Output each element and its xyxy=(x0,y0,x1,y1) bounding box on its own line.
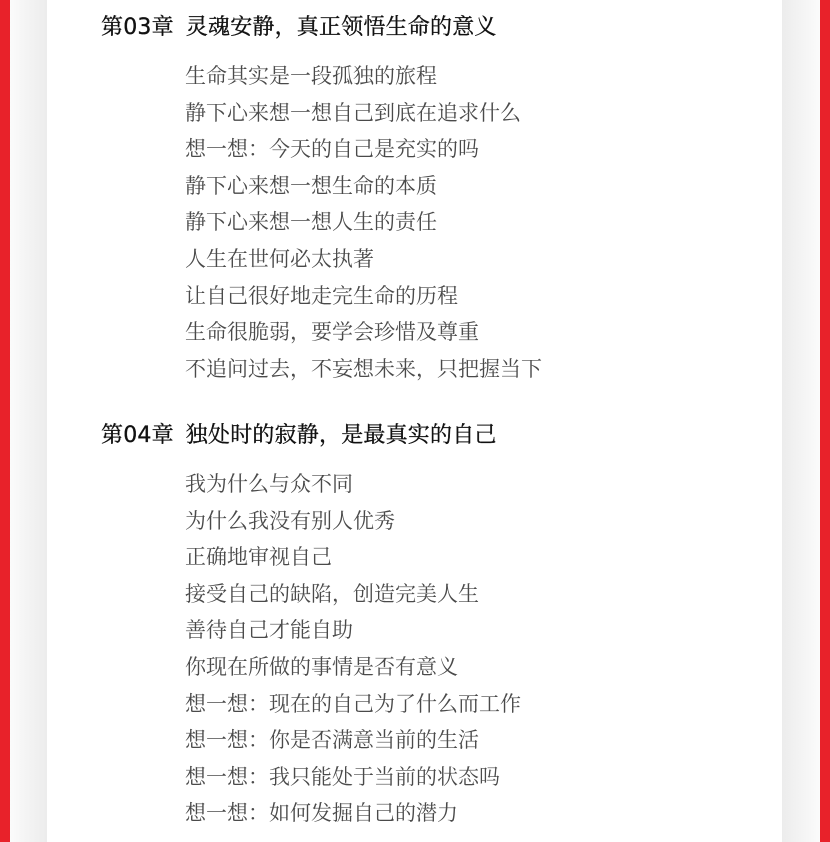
left-red-border xyxy=(0,0,10,842)
chapter-title: 灵魂安静，真正领悟生命的意义 xyxy=(186,15,497,40)
section-item[interactable]: 想一想：现在的自己为了什么而工作 xyxy=(185,686,521,723)
section-item[interactable]: 想一想：今天的自己是充实的吗 xyxy=(185,131,542,168)
section-item[interactable]: 为什么我没有别人优秀 xyxy=(185,503,521,540)
chapter-title: 独处时的寂静，是最真实的自己 xyxy=(186,423,497,448)
chapter-04: 第04章独处时的寂静，是最真实的自己 我为什么与众不同 为什么我没有别人优秀 正… xyxy=(101,421,521,832)
right-shadow xyxy=(782,0,820,842)
chapter-number: 第04章 xyxy=(101,423,174,448)
section-item[interactable]: 想一想：我只能处于当前的状态吗 xyxy=(185,759,521,796)
section-item[interactable]: 想一想：你是否满意当前的生活 xyxy=(185,722,521,759)
toc-page: 第03章灵魂安静，真正领悟生命的意义 生命其实是一段孤独的旅程 静下心来想一想自… xyxy=(47,0,782,842)
section-item[interactable]: 接受自己的缺陷，创造完美人生 xyxy=(185,576,521,613)
chapter-number: 第03章 xyxy=(101,15,174,40)
section-item[interactable]: 静下心来想一想生命的本质 xyxy=(185,168,542,205)
section-item[interactable]: 人生在世何必太执著 xyxy=(185,241,542,278)
chapter-heading[interactable]: 第03章灵魂安静，真正领悟生命的意义 xyxy=(101,13,542,43)
chapter-03: 第03章灵魂安静，真正领悟生命的意义 生命其实是一段孤独的旅程 静下心来想一想自… xyxy=(101,13,542,387)
section-item[interactable]: 生命很脆弱，要学会珍惜及尊重 xyxy=(185,314,542,351)
section-item[interactable]: 生命其实是一段孤独的旅程 xyxy=(185,58,542,95)
section-item[interactable]: 想一想：如何发掘自己的潜力 xyxy=(185,795,521,832)
section-list: 生命其实是一段孤独的旅程 静下心来想一想自己到底在追求什么 想一想：今天的自己是… xyxy=(101,58,542,387)
section-item[interactable]: 让自己很好地走完生命的历程 xyxy=(185,278,542,315)
section-item[interactable]: 不追问过去，不妄想未来，只把握当下 xyxy=(185,351,542,388)
right-red-border xyxy=(820,0,830,842)
section-item[interactable]: 静下心来想一想人生的责任 xyxy=(185,204,542,241)
section-item[interactable]: 善待自己才能自助 xyxy=(185,612,521,649)
section-item[interactable]: 正确地审视自己 xyxy=(185,539,521,576)
section-item[interactable]: 你现在所做的事情是否有意义 xyxy=(185,649,521,686)
left-shadow xyxy=(10,0,47,842)
section-list: 我为什么与众不同 为什么我没有别人优秀 正确地审视自己 接受自己的缺陷，创造完美… xyxy=(101,466,521,832)
section-item[interactable]: 我为什么与众不同 xyxy=(185,466,521,503)
section-item[interactable]: 静下心来想一想自己到底在追求什么 xyxy=(185,95,542,132)
chapter-heading[interactable]: 第04章独处时的寂静，是最真实的自己 xyxy=(101,421,521,451)
